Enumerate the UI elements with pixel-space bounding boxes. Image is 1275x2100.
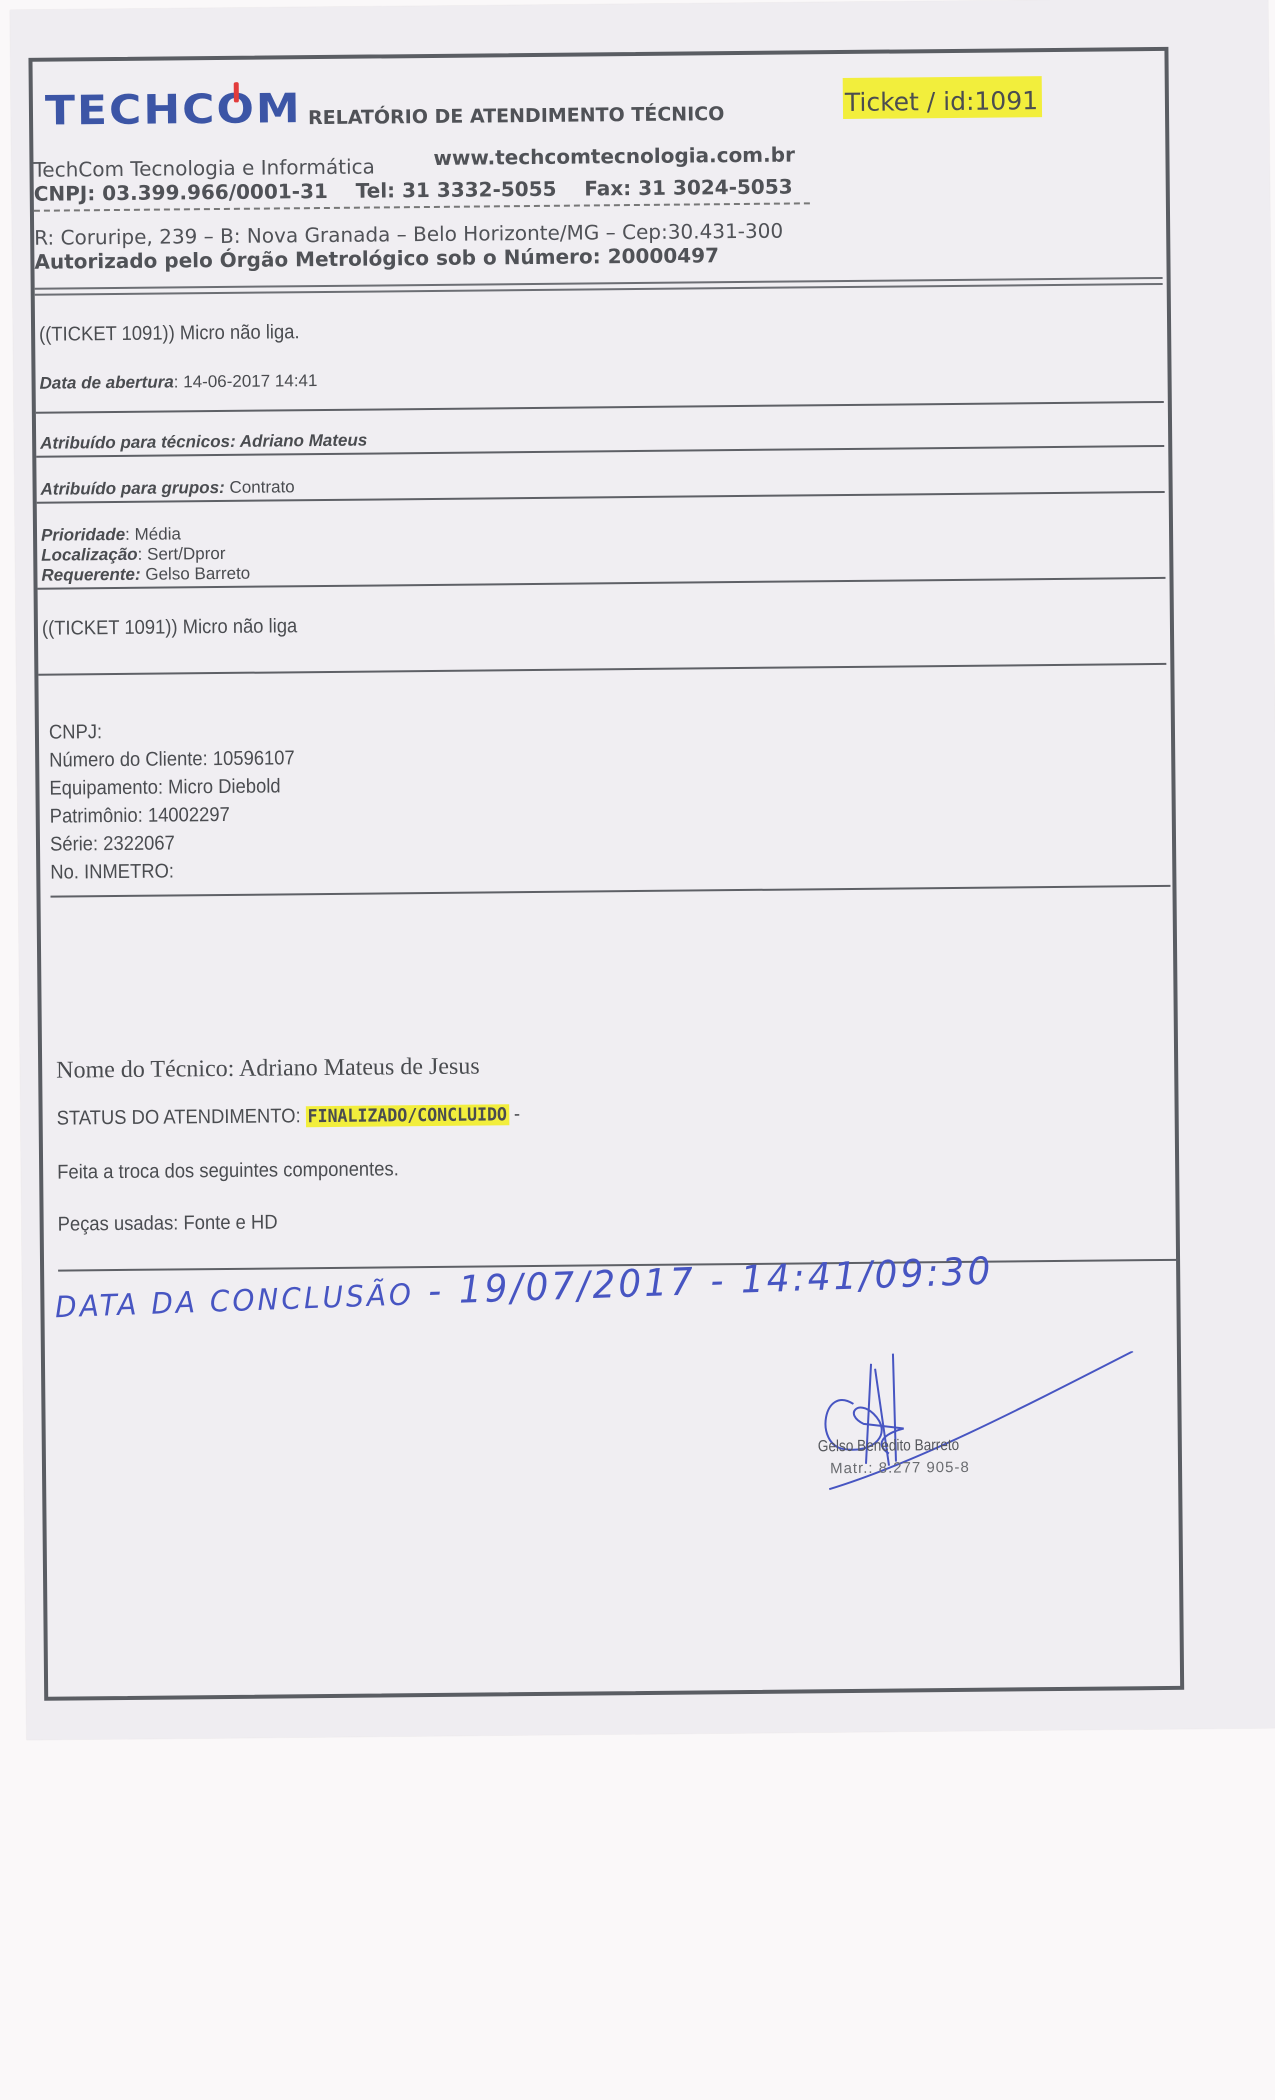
opening-date-value: : 14-06-2017 14:41 (174, 371, 318, 391)
assigned-technicians: Atribuído para técnicos: Adriano Mateus (40, 431, 367, 454)
priority-value: : Média (125, 524, 181, 544)
parts-used: Peças usadas: Fonte e HD (58, 1211, 278, 1236)
priority-label: Prioridade (41, 525, 125, 545)
ticket-id-badge: Ticket / id:1091 (843, 76, 1043, 119)
scanned-page: TECHCOM RELATÓRIO DE ATENDIMENTO TÉCNICO… (10, 0, 1275, 1740)
company-name: TechCom Tecnologia e Informática (33, 155, 375, 182)
requester-value: Gelso Barreto (141, 564, 251, 584)
location: Localização: Sert/Dpror (41, 544, 225, 566)
report-frame: TECHCOM RELATÓRIO DE ATENDIMENTO TÉCNICO… (28, 47, 1184, 1701)
signature-stamp: Gelso Benedito Barreto Matr.: 8.277 905-… (813, 1351, 1144, 1504)
equipment: Equipamento: Micro Diebold (49, 775, 280, 800)
logo-text: TECHC (45, 86, 217, 135)
opening-date: Data de abertura: 14-06-2017 14:41 (39, 371, 317, 394)
signer-name: Gelso Benedito Barreto (818, 1437, 960, 1456)
requester-label: Requerente: (41, 565, 140, 585)
location-value: : Sert/Dpror (138, 544, 226, 564)
assigned-groups-value: Contrato (225, 477, 295, 497)
inmetro-number: No. INMETRO: (50, 860, 174, 884)
client-number: Número do Cliente: 10596107 (49, 747, 295, 772)
ticket-description: ((TICKET 1091)) Micro não liga (42, 615, 298, 640)
header-divider (35, 277, 1163, 296)
technician-name: Nome do Técnico: Adriano Mateus de Jesus (56, 1054, 480, 1085)
assigned-groups-label: Atribuído para grupos: (41, 478, 225, 499)
company-website: www.techcomtecnologia.com.br (433, 142, 795, 169)
techcom-logo: TECHCOM (45, 85, 302, 134)
opening-date-label: Data de abertura (39, 372, 173, 392)
status-suffix: - (509, 1103, 520, 1125)
document-title: RELATÓRIO DE ATENDIMENTO TÉCNICO (308, 103, 724, 129)
logo-tail: M (256, 85, 302, 132)
location-label: Localização (41, 545, 138, 565)
client-cnpj: CNPJ: (49, 721, 102, 745)
handwritten-completion-date: DATA DA CONCLUSÃO - 19/07/2017 - 14:41/0… (54, 1250, 994, 1327)
divider (36, 401, 1164, 414)
divider (51, 885, 1171, 898)
service-status: STATUS DO ATENDIMENTO: FINALIZADO/CONCLU… (57, 1103, 521, 1130)
requester: Requerente: Gelso Barreto (41, 564, 250, 586)
assigned-technicians-text: Atribuído para técnicos: Adriano Mateus (40, 431, 367, 453)
priority: Prioridade: Média (41, 524, 181, 545)
handwritten-value: - 19/07/2017 - 14:41/09:30 (413, 1250, 994, 1314)
ticket-subject: ((TICKET 1091)) Micro não liga. (39, 321, 300, 346)
handwritten-label: DATA DA CONCLUSÃO (54, 1277, 414, 1324)
service-status-label: STATUS DO ATENDIMENTO: (57, 1105, 306, 1129)
divider (38, 663, 1166, 676)
power-icon: O (216, 86, 256, 133)
assigned-groups: Atribuído para grupos: Contrato (41, 477, 295, 499)
status-badge: FINALIZADO/CONCLUIDO (306, 1104, 509, 1127)
signer-registration: Matr.: 8.277 905-8 (830, 1459, 970, 1477)
signature-icon (813, 1351, 1144, 1504)
serial-number: Série: 2322067 (50, 832, 175, 856)
work-done: Feita a troca dos seguintes componentes. (57, 1158, 399, 1184)
asset-number: Patrimônio: 14002297 (50, 804, 230, 829)
